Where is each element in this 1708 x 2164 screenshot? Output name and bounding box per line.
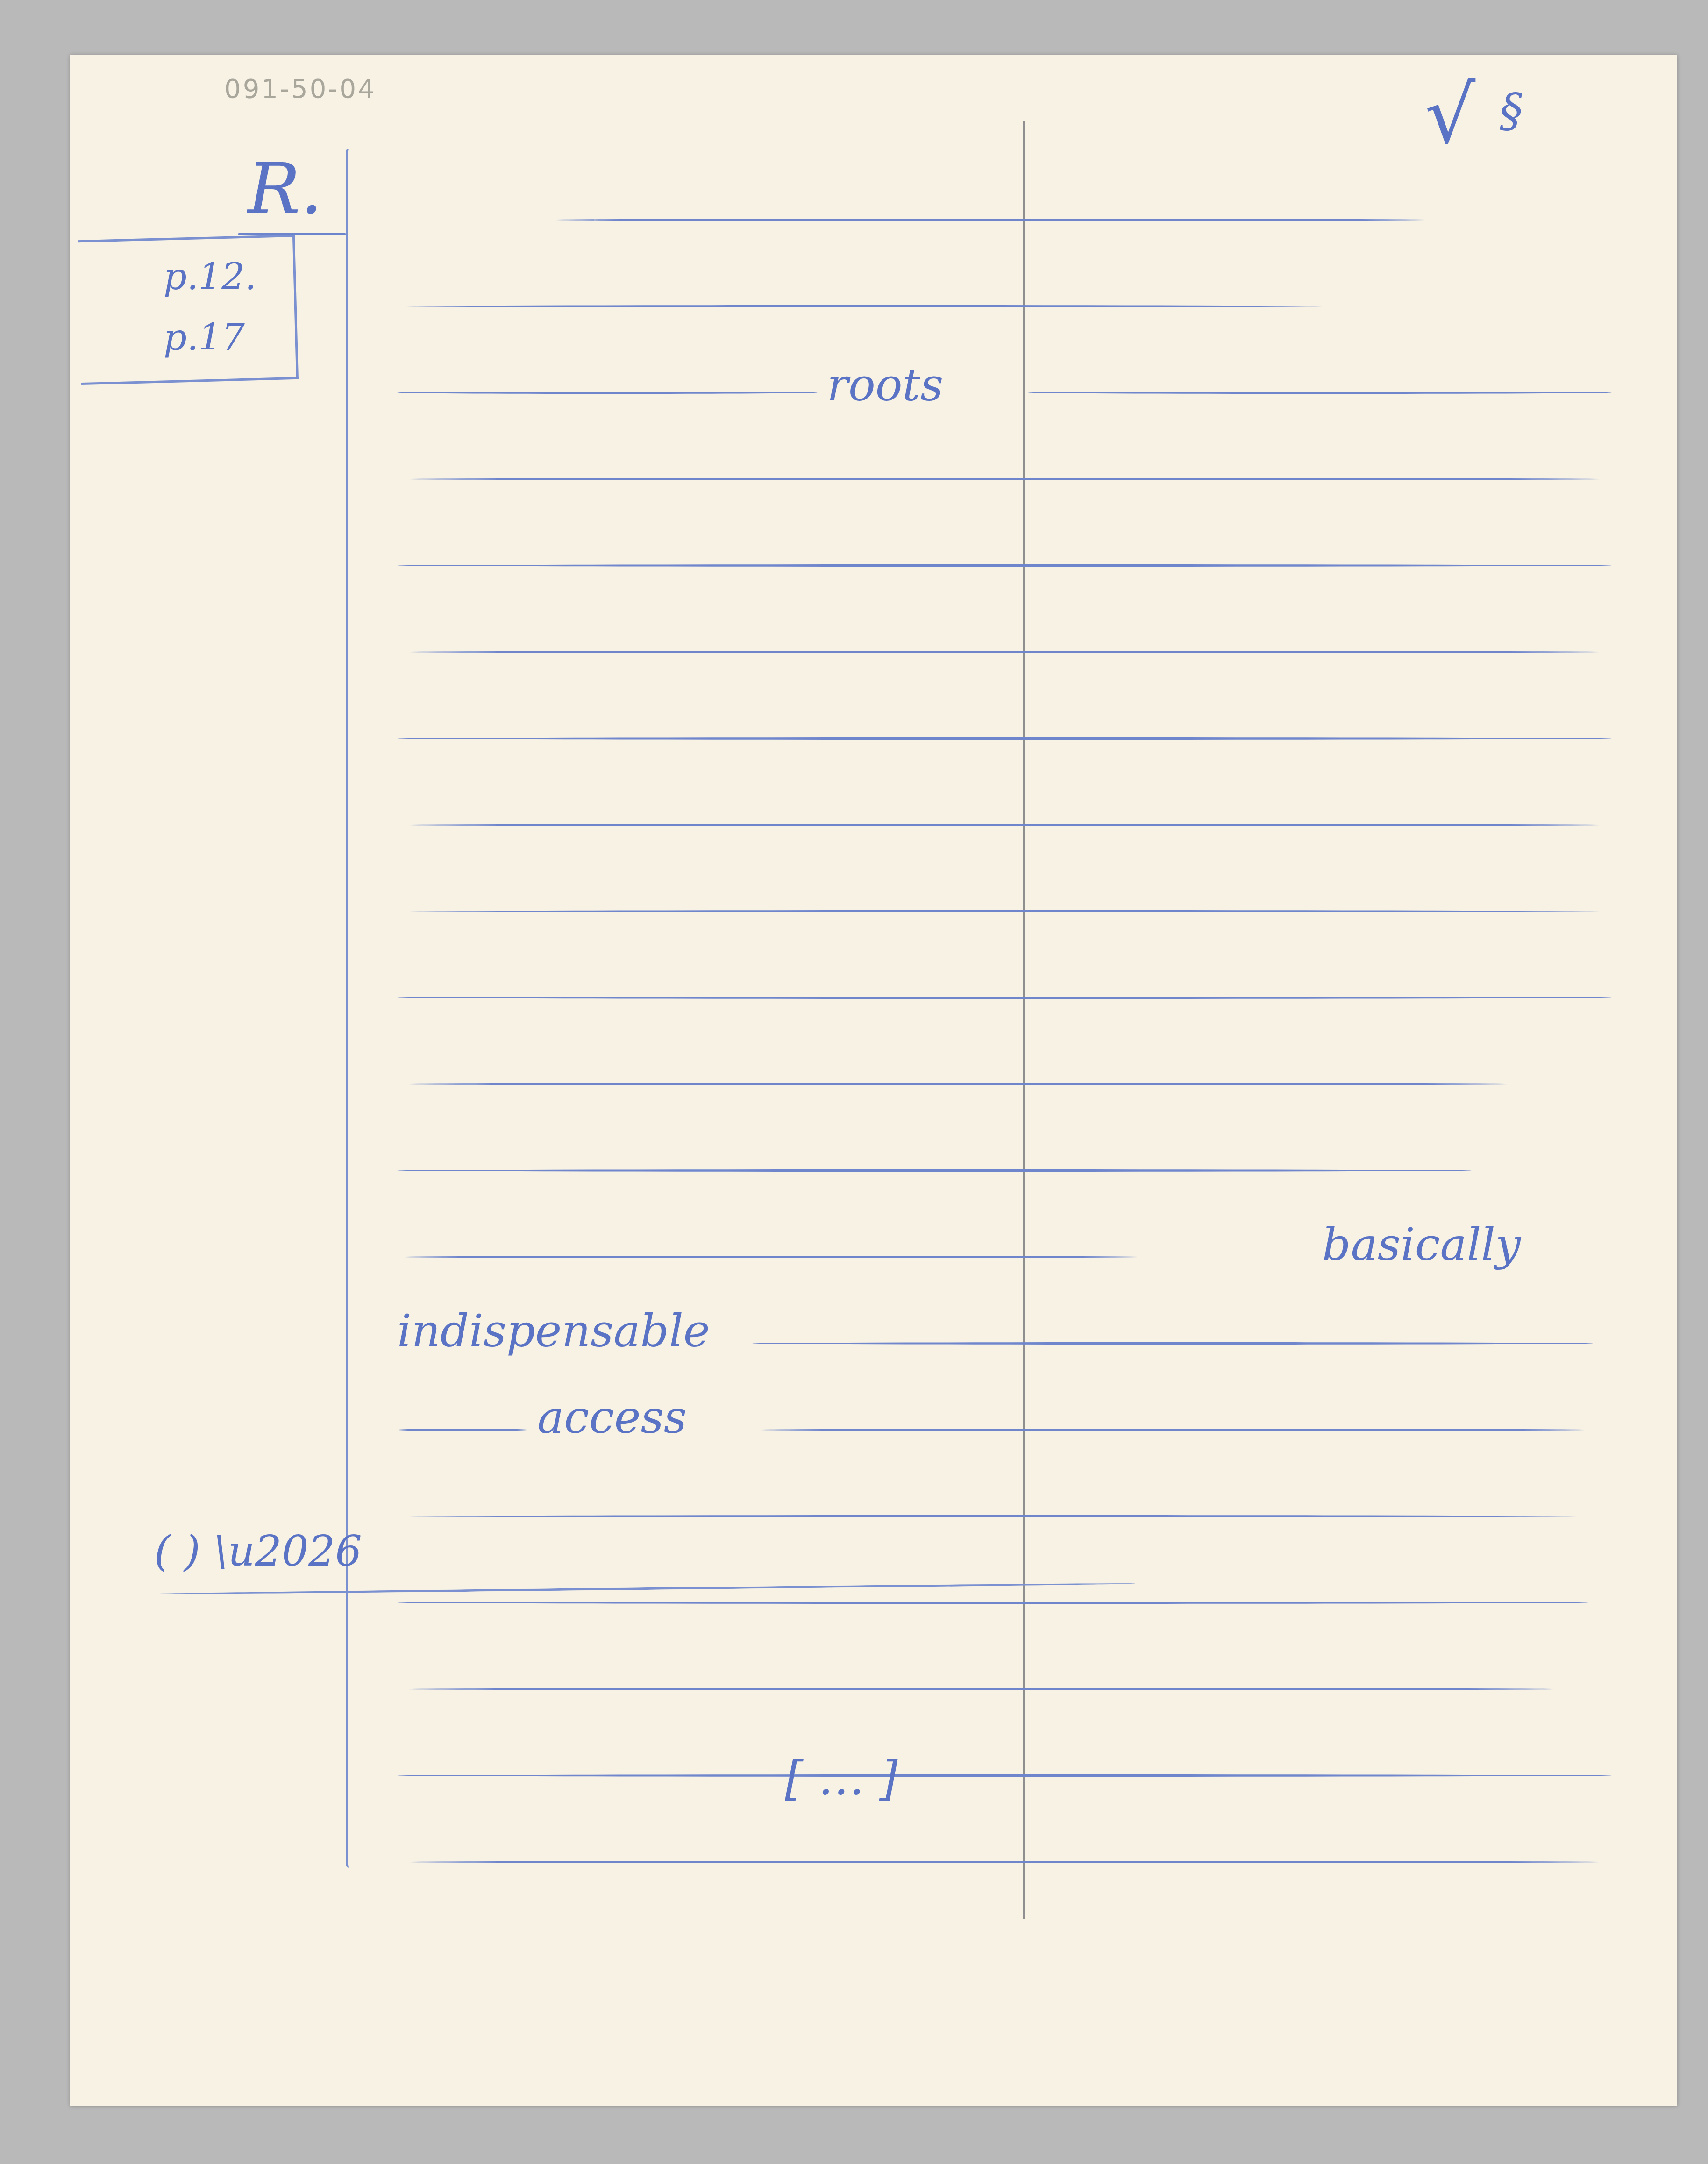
manuscript-page: 091-50-04 R. p.12. p.17 √ § roots bbox=[70, 55, 1677, 2106]
shorthand-line bbox=[397, 609, 1621, 695]
shorthand-line bbox=[397, 782, 1621, 868]
margin-insertion-note: ( ) \u2026 bbox=[154, 1527, 362, 1576]
archive-id: 091-50-04 bbox=[224, 74, 377, 104]
shorthand-line bbox=[397, 695, 1621, 782]
legible-word: basically bbox=[1322, 1218, 1521, 1271]
page-reference-2: p.17 bbox=[164, 317, 245, 359]
shorthand-line: access bbox=[397, 1387, 1621, 1473]
shorthand-line bbox=[397, 1127, 1621, 1214]
check-mark-icon: √ bbox=[1425, 69, 1475, 162]
shorthand-line: indispensable bbox=[397, 1300, 1621, 1387]
shorthand-line bbox=[397, 263, 1621, 349]
shorthand-body: roots basically bbox=[397, 177, 1621, 1905]
initials-mark: § bbox=[1500, 83, 1523, 138]
shorthand-line bbox=[397, 1819, 1621, 1905]
shorthand-line bbox=[397, 1732, 1621, 1819]
closing-bracketed-note: [ … ] bbox=[785, 1751, 898, 1806]
page-reference-1: p.12. bbox=[164, 256, 256, 298]
shorthand-line bbox=[397, 868, 1621, 954]
heading: R. bbox=[248, 149, 323, 230]
shorthand-line: roots bbox=[397, 349, 1621, 436]
shorthand-line bbox=[397, 1473, 1621, 1559]
shorthand-line: basically bbox=[397, 1214, 1621, 1300]
margin-bracket-line bbox=[346, 149, 353, 1868]
legible-word: access bbox=[537, 1391, 687, 1444]
shorthand-line bbox=[397, 177, 1621, 263]
shorthand-line bbox=[397, 436, 1621, 522]
legible-word: indispensable bbox=[397, 1305, 710, 1357]
shorthand-line bbox=[397, 1646, 1621, 1732]
shorthand-line bbox=[397, 954, 1621, 1041]
legible-word: roots bbox=[827, 359, 943, 411]
shorthand-line bbox=[397, 522, 1621, 609]
shorthand-line bbox=[397, 1559, 1621, 1646]
shorthand-line bbox=[397, 1041, 1621, 1127]
